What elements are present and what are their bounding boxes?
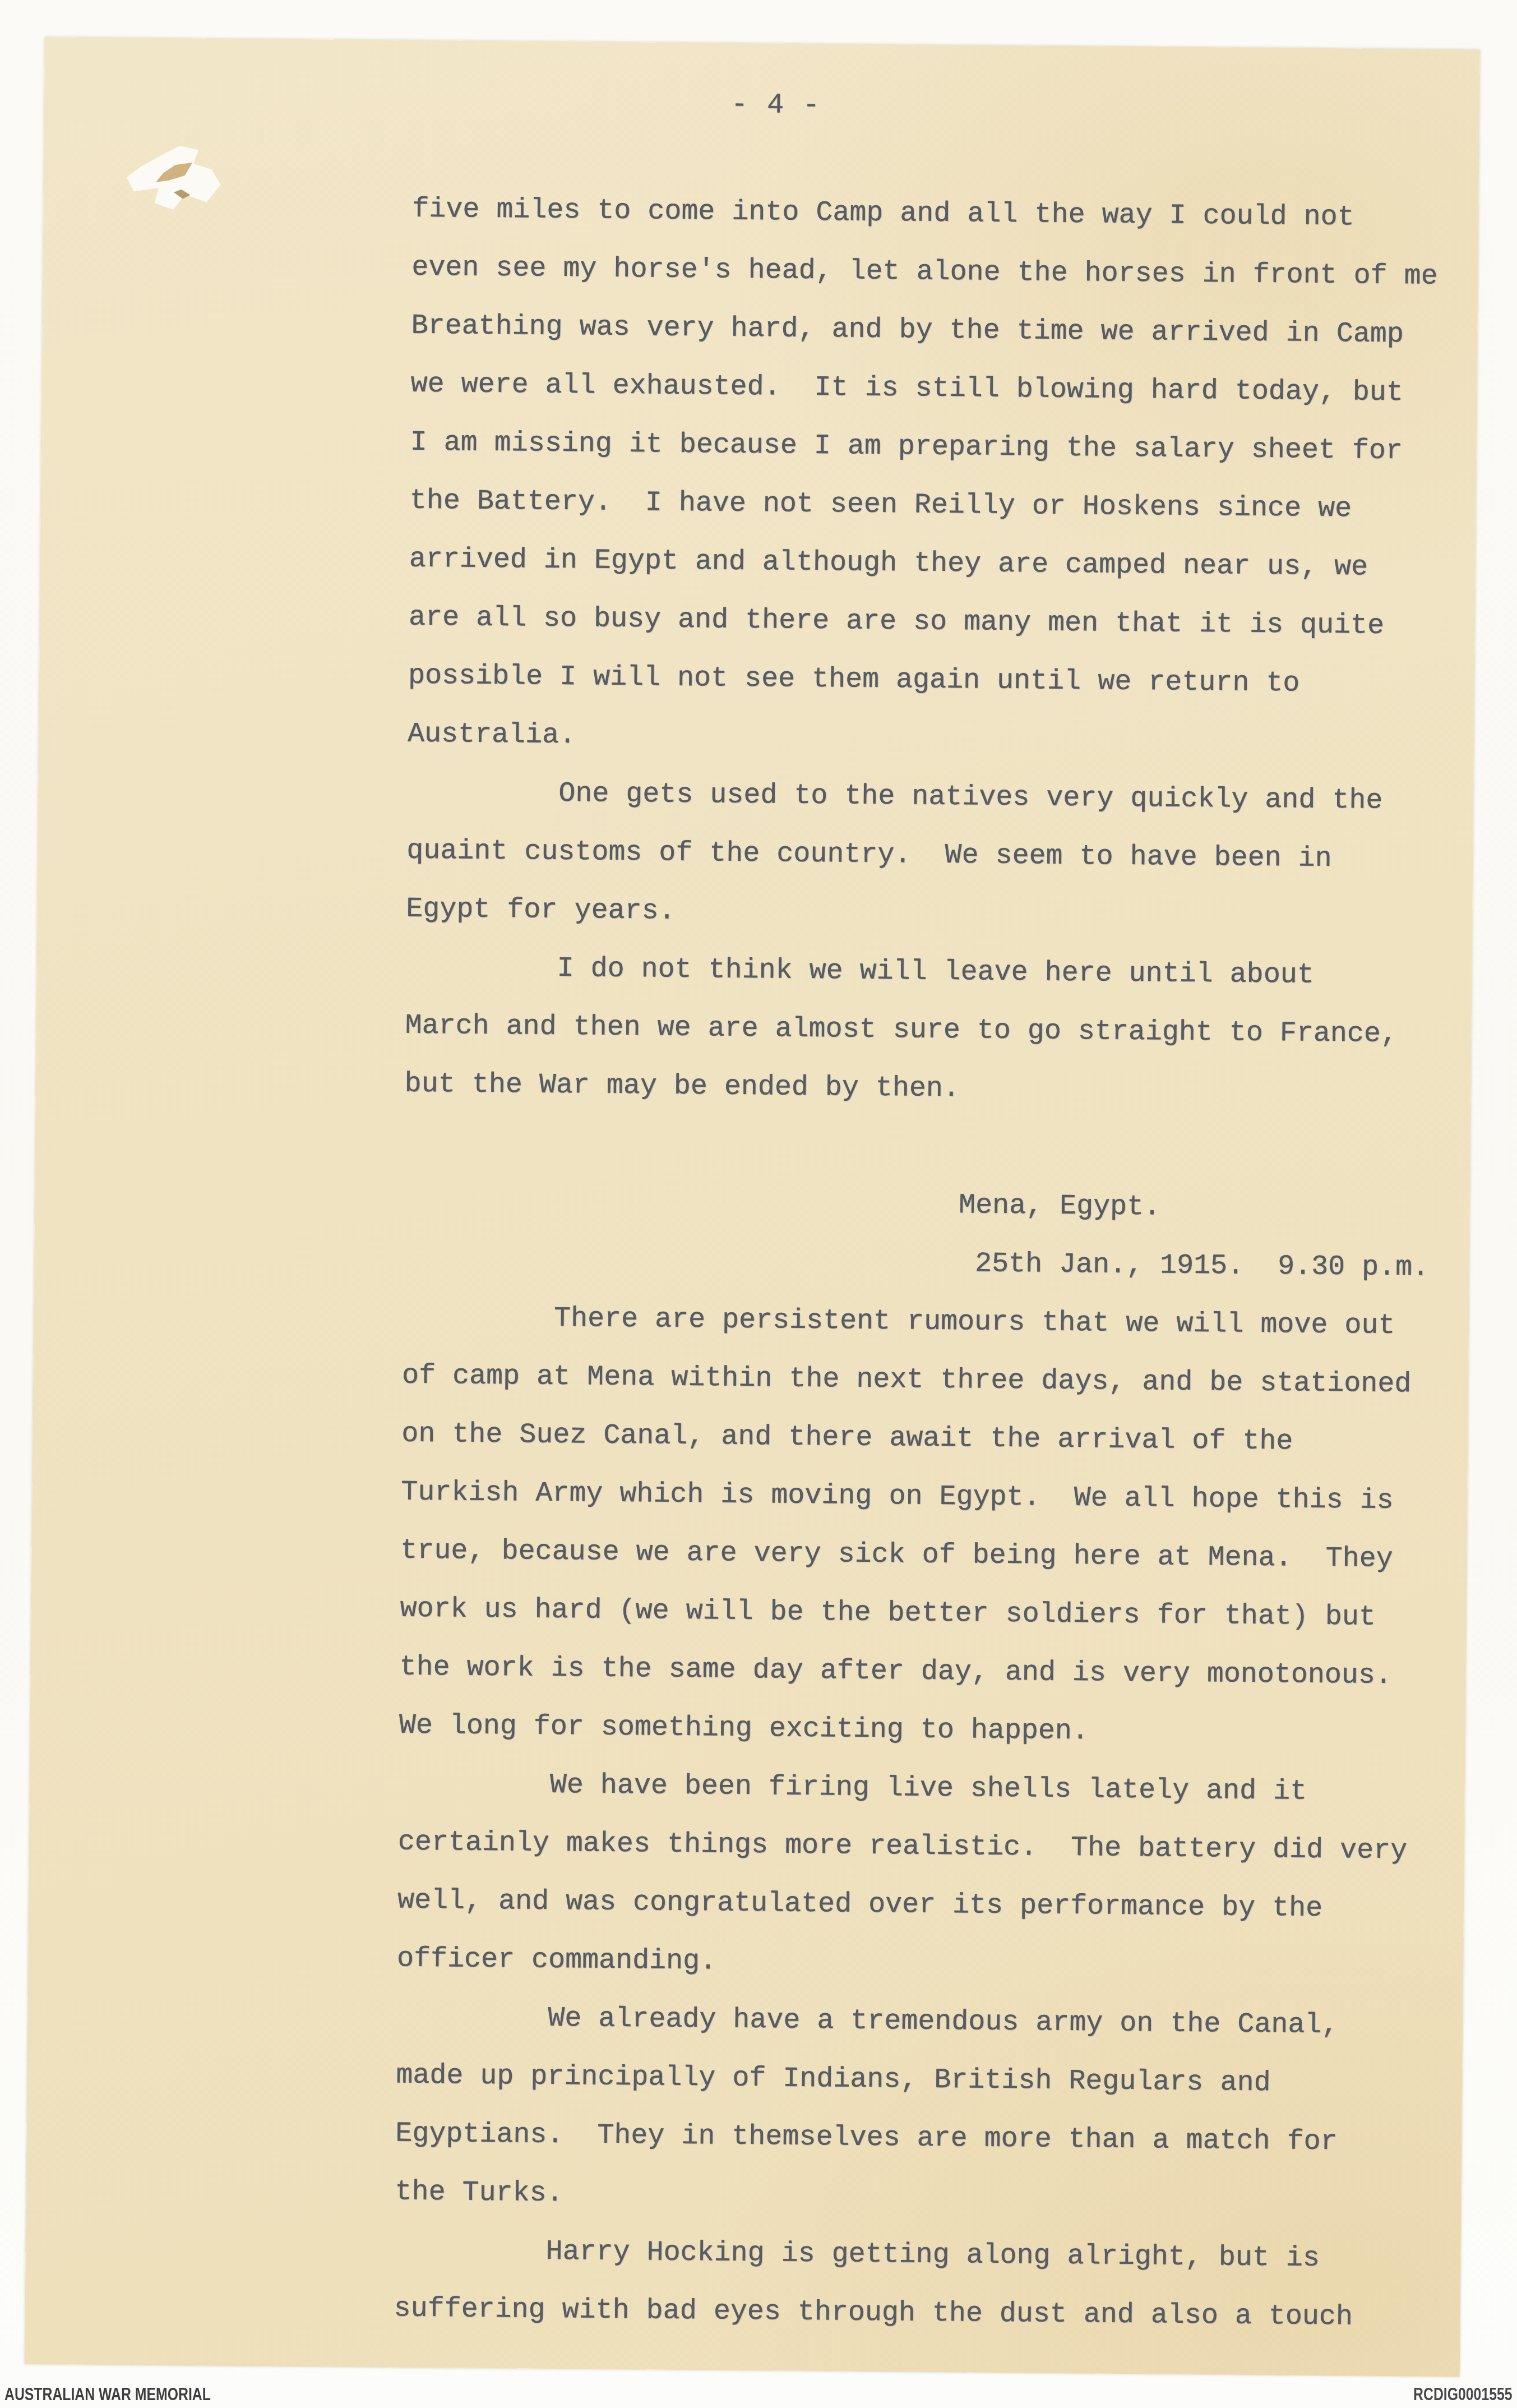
text-line: Egyptians. They in themselves are more t… — [395, 2105, 1461, 2173]
text-line: officer commanding. — [397, 1930, 1463, 1998]
text-line: We have been firing live shells lately a… — [398, 1755, 1464, 1823]
text-line: One gets used to the natives very quickl… — [407, 764, 1473, 832]
text-line: made up principally of Indians, British … — [396, 2047, 1461, 2115]
text-line: possible I will not see them again until… — [408, 647, 1474, 715]
footer: AUSTRALIAN WAR MEMORIAL RCDIG0001555 — [0, 2382, 1517, 2408]
text-line: but the War may be ended by then. — [404, 1055, 1470, 1123]
text-line: the work is the same day after day, and … — [399, 1639, 1465, 1706]
text-line: Mena, Egypt. — [403, 1172, 1469, 1240]
text-line: I do not think we will leave here until … — [405, 939, 1471, 1007]
text-line: five miles to come into Camp and all the… — [412, 181, 1478, 248]
text-line: suffering with bad eyes through the dust… — [394, 2280, 1459, 2348]
text-line: on the Suez Canal, and there await the a… — [401, 1405, 1467, 1473]
awm-watermark: AUSTRALIAN WAR MEMORIAL — [4, 2384, 211, 2405]
text-line: arrived in Egypt and although they are c… — [409, 531, 1474, 598]
text-line: 25th Jan., 1915. 9.30 p.m. — [403, 1230, 1469, 1298]
text-line: Turkish Army which is moving on Egypt. W… — [401, 1464, 1467, 1531]
text-line: March and then we are almost sure to go … — [405, 997, 1470, 1065]
text-line: we were all exhausted. It is still blowi… — [410, 356, 1476, 423]
text-line: We long for something exciting to happen… — [399, 1697, 1464, 1765]
text-line: the Turks. — [395, 2163, 1460, 2231]
text-line: There are persistent rumours that we wil… — [403, 1289, 1468, 1357]
text-line: work us hard (we will be the better sold… — [400, 1580, 1465, 1648]
text-line: well, and was congratulated over its per… — [397, 1872, 1463, 1940]
text-line: the Battery. I have not seen Reilly or H… — [409, 472, 1475, 540]
text-line: We already have a tremendous army on the… — [396, 1989, 1462, 2056]
text-line: Australia. — [408, 705, 1473, 773]
catalog-number: RCDIG0001555 — [1414, 2384, 1513, 2405]
text-line: Breathing was very hard, and by the time… — [411, 297, 1477, 365]
text-line: Egypt for years. — [406, 880, 1472, 948]
typewritten-text: five miles to come into Camp and all the… — [394, 181, 1478, 2347]
text-line: of camp at Mena within the next three da… — [402, 1347, 1468, 1415]
text-line: certainly makes things more realistic. T… — [397, 1814, 1463, 1881]
text-line: even see my horse's head, let alone the … — [411, 239, 1477, 307]
text-line: true, because we are very sick of being … — [400, 1522, 1466, 1590]
text-line: I am missing it because I am preparing t… — [410, 414, 1476, 482]
text-line — [404, 1114, 1469, 1182]
page-number: - 4 - — [731, 89, 821, 122]
text-line: Harry Hocking is getting along alright, … — [394, 2222, 1460, 2290]
text-line: are all so busy and there are so many me… — [409, 589, 1474, 657]
letter-page: - 4 - five miles to come into Camp and a… — [25, 37, 1480, 2377]
text-line: quaint customs of the country. We seem t… — [406, 822, 1472, 890]
